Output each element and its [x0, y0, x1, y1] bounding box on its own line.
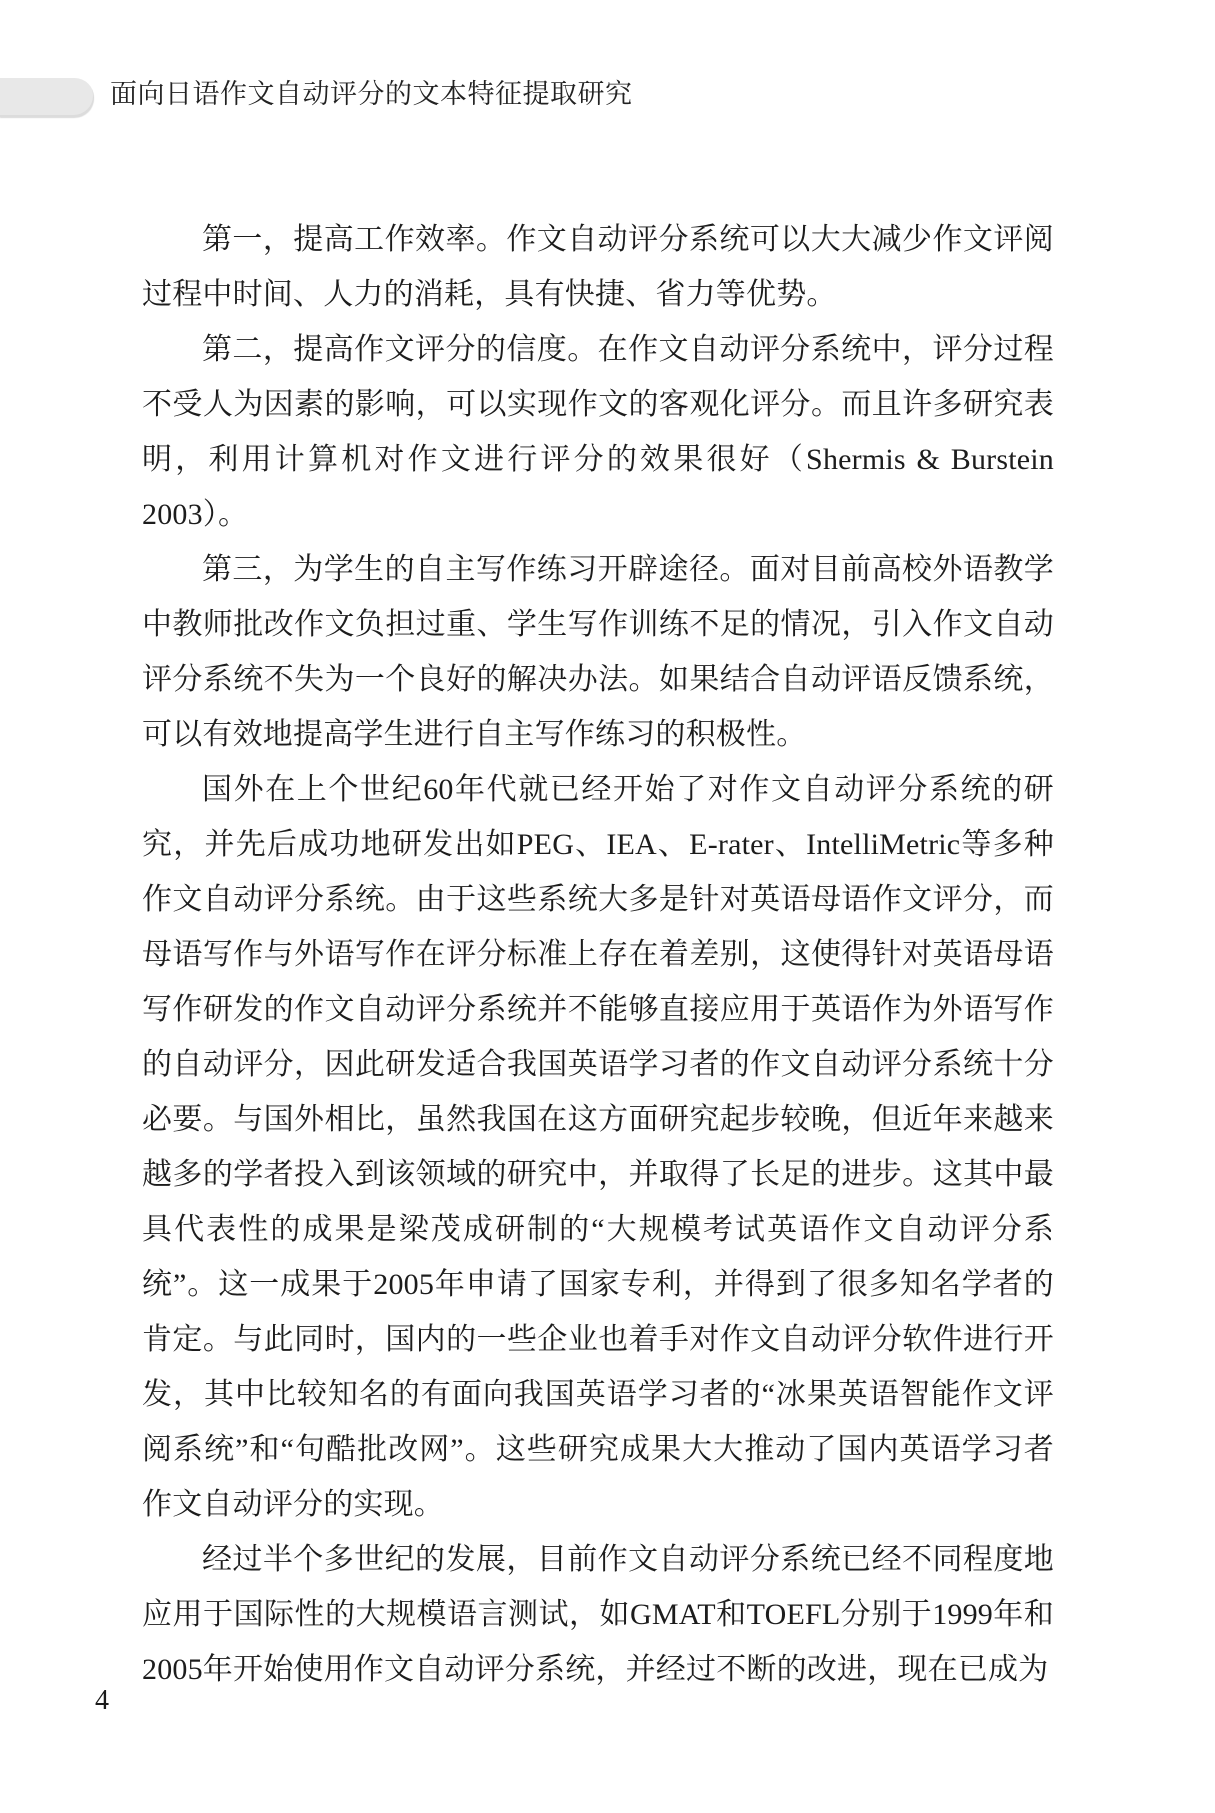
running-title: 面向日语作文自动评分的文本特征提取研究: [110, 74, 633, 114]
paragraph-2: 第二，提高作文评分的信度。在作文自动评分系统中，评分过程不受人为因素的影响，可以…: [142, 322, 1054, 542]
paragraph-3: 第三，为学生的自主写作练习开辟途径。面对目前高校外语教学中教师批改作文负担过重、…: [142, 542, 1054, 762]
paragraph-4: 国外在上个世纪60年代就已经开始了对作文自动评分系统的研究，并先后成功地研发出如…: [142, 762, 1054, 1532]
paragraph-1: 第一，提高工作效率。作文自动评分系统可以大大减少作文评阅过程中时间、人力的消耗，…: [142, 212, 1054, 322]
page-number: 4: [95, 1684, 109, 1718]
page-header: 面向日语作文自动评分的文本特征提取研究: [0, 0, 1215, 130]
header-decoration-bar: [0, 78, 94, 117]
book-page: 面向日语作文自动评分的文本特征提取研究 第一，提高工作效率。作文自动评分系统可以…: [0, 0, 1215, 1813]
paragraph-5: 经过半个多世纪的发展，目前作文自动评分系统已经不同程度地应用于国际性的大规模语言…: [142, 1532, 1054, 1697]
page-content: 第一，提高工作效率。作文自动评分系统可以大大减少作文评阅过程中时间、人力的消耗，…: [142, 212, 1054, 1697]
